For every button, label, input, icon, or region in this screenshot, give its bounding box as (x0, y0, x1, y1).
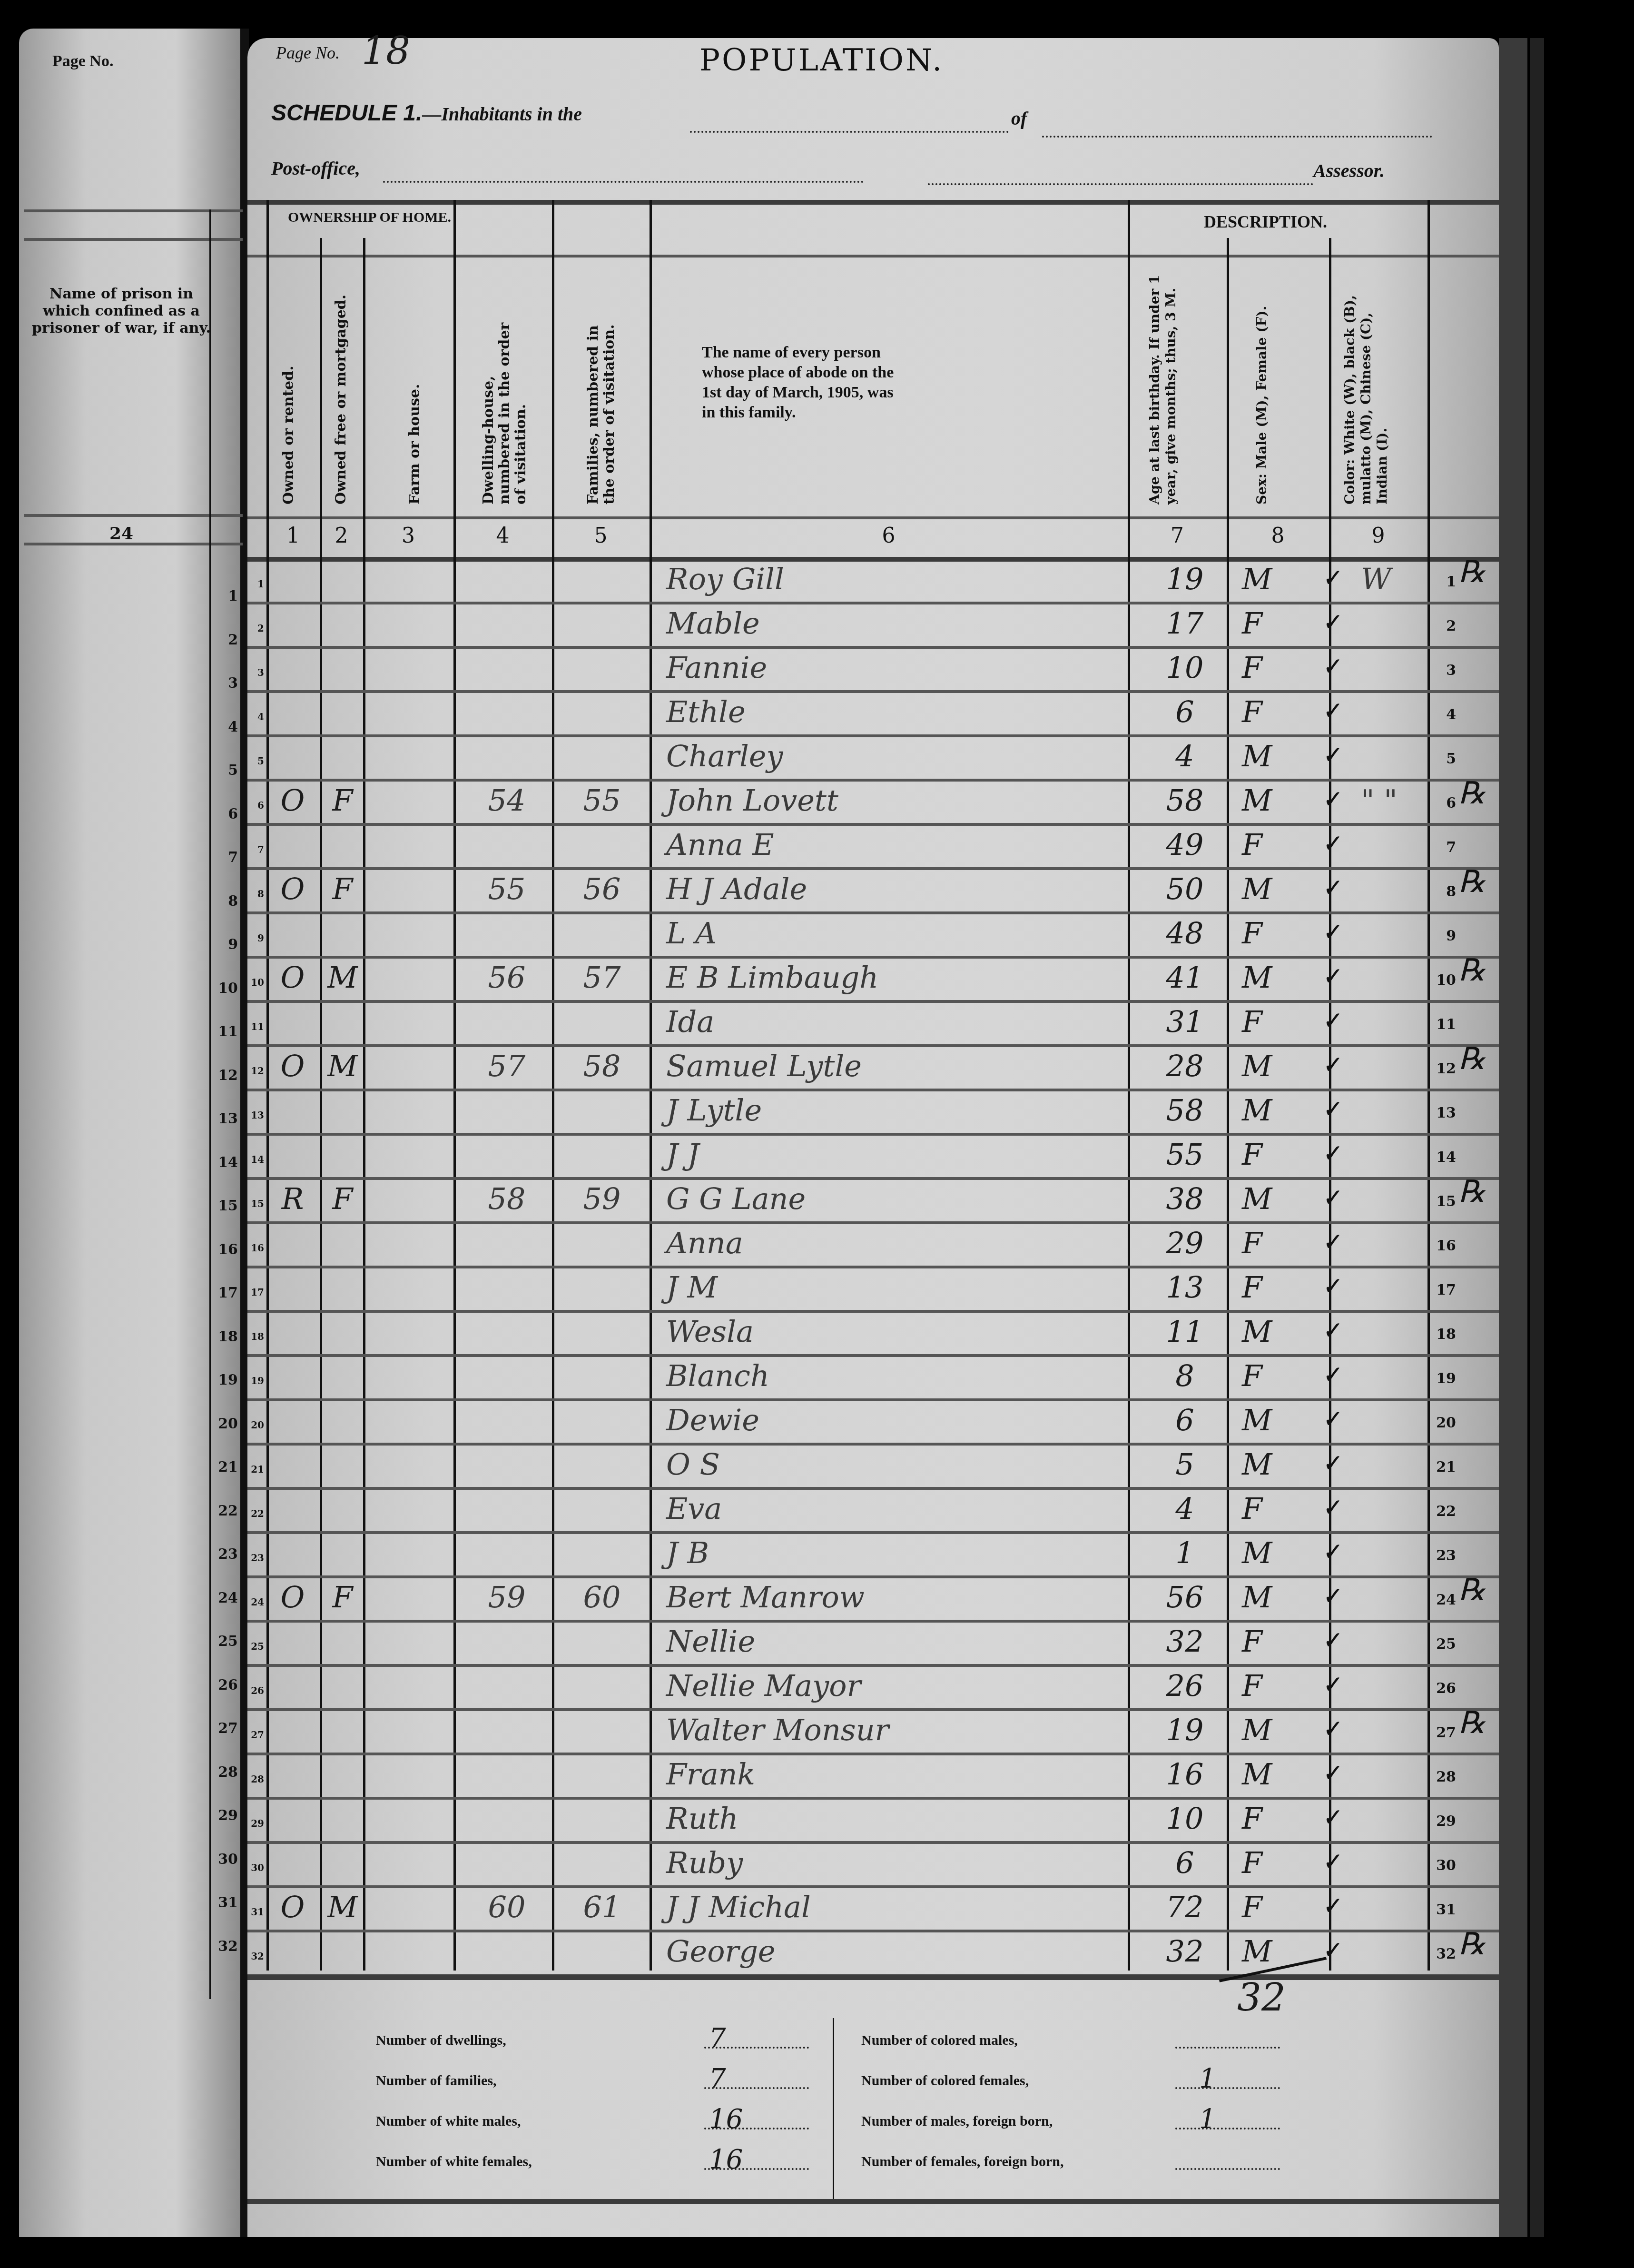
owned-rented-cell: O (269, 1049, 316, 1083)
person-name-cell: Ethle (666, 694, 1118, 729)
age-cell: 4 (1152, 1491, 1218, 1526)
sex-cell: M (1242, 1447, 1313, 1482)
check-mark-icon: ✓ (1323, 1184, 1344, 1212)
col-num-9: 9 (1329, 524, 1427, 548)
check-mark-icon: ✓ (1323, 1272, 1344, 1301)
right-line-number: 12 (1432, 1060, 1456, 1077)
summary-label: Number of white females, (376, 2154, 532, 2170)
left-row-number: 8 (214, 893, 238, 910)
check-mark-icon: ✓ (1323, 1671, 1344, 1699)
line-number: 3 (250, 667, 264, 678)
check-mark-icon: ✓ (1323, 1228, 1344, 1257)
line-number: 19 (250, 1375, 264, 1387)
person-name-cell: Ruth (666, 1801, 1118, 1836)
sex-cell: M (1242, 1757, 1313, 1792)
check-mark-icon: ✓ (1323, 1803, 1344, 1832)
page-edge (1499, 38, 1527, 2237)
age-cell: 6 (1152, 1845, 1218, 1880)
sex-cell: F (1242, 1624, 1313, 1659)
sex-cell: M (1242, 739, 1313, 773)
dwelling-number-cell: 59 (471, 1580, 542, 1614)
line-number: 7 (250, 844, 264, 855)
check-mark-icon: ✓ (1323, 564, 1344, 593)
person-name-cell: Nellie (666, 1624, 1118, 1659)
col-num-2: 2 (320, 524, 363, 548)
left-row-number: 10 (214, 980, 238, 997)
dwelling-number-cell: 58 (471, 1181, 542, 1216)
age-cell: 55 (1152, 1137, 1218, 1172)
left-row-number: 19 (214, 1372, 238, 1388)
right-line-number: 23 (1432, 1547, 1456, 1564)
age-cell: 6 (1152, 694, 1218, 729)
summary-value: 16 (709, 2144, 743, 2175)
line-number: 16 (250, 1242, 264, 1254)
left-row-number: 31 (214, 1894, 238, 1911)
margin-tally-mark-icon: ℞ (1458, 1041, 1486, 1077)
free-mortgaged-cell: F (324, 1580, 362, 1614)
age-cell: 41 (1152, 960, 1218, 995)
person-name-cell: Anna E (666, 827, 1118, 862)
sex-cell: F (1242, 1890, 1313, 1924)
left-row-number: 5 (214, 762, 238, 779)
left-row-number: 22 (214, 1503, 238, 1519)
left-row-number: 17 (214, 1285, 238, 1301)
sex-cell: F (1242, 1491, 1313, 1526)
age-cell: 4 (1152, 739, 1218, 773)
page-no-value: 18 (362, 29, 410, 73)
left-column-number: 24 (109, 524, 133, 544)
left-row-number: 2 (214, 632, 238, 648)
of-label: of (1011, 107, 1027, 129)
left-row-number: 6 (214, 806, 238, 822)
check-mark-icon: ✓ (1323, 1759, 1344, 1788)
right-line-number: 29 (1432, 1813, 1456, 1830)
free-mortgaged-cell: F (324, 1181, 362, 1216)
left-row-number: 11 (214, 1023, 238, 1040)
col-header-age: Age at last birthday. If under 1 year, g… (1147, 267, 1199, 505)
col-header-dwelling: Dwelling-house, numbered in the order of… (481, 305, 533, 505)
right-line-number: 26 (1432, 1680, 1456, 1697)
color-cell: W (1361, 562, 1418, 596)
person-name-cell: George (666, 1934, 1118, 1969)
check-mark-icon: ✓ (1323, 1626, 1344, 1655)
person-name-cell: Walter Monsur (666, 1713, 1118, 1747)
right-line-number: 15 (1432, 1193, 1456, 1210)
col-header-name: The name of every person whose place of … (702, 343, 906, 423)
right-line-number: 24 (1432, 1592, 1456, 1608)
person-name-cell: John Lovett (666, 783, 1118, 818)
right-line-number: 32 (1432, 1946, 1456, 1962)
sex-cell: M (1242, 1535, 1313, 1570)
age-cell: 58 (1152, 783, 1218, 818)
margin-tally-mark-icon: ℞ (1458, 953, 1486, 988)
family-number-cell: 60 (566, 1580, 638, 1614)
line-number: 2 (250, 623, 264, 634)
page-no-label: Page No. (276, 43, 340, 63)
summary-label: Number of females, foreign born, (861, 2154, 1064, 2170)
summary-value: 16 (709, 2104, 743, 2135)
age-cell: 19 (1152, 1713, 1218, 1747)
left-row-number: 26 (214, 1677, 238, 1694)
line-number: 10 (250, 977, 264, 988)
check-mark-icon: ✓ (1323, 1582, 1344, 1611)
line-number: 14 (250, 1154, 264, 1165)
left-row-number: 28 (214, 1764, 238, 1781)
margin-tally-mark-icon: ℞ (1458, 1174, 1486, 1209)
page-title: POPULATION. (699, 43, 944, 78)
check-mark-icon: ✓ (1323, 830, 1344, 858)
of-blank[interactable] (1042, 136, 1432, 138)
right-line-number: 18 (1432, 1326, 1456, 1343)
summary-value-field[interactable] (1175, 2087, 1280, 2089)
check-mark-icon: ✓ (1323, 1007, 1344, 1035)
age-cell: 48 (1152, 916, 1218, 951)
dwelling-number-cell: 54 (471, 783, 542, 818)
line-number: 22 (250, 1508, 264, 1519)
free-mortgaged-cell: M (324, 1890, 362, 1924)
assessor-blank[interactable] (928, 183, 1313, 185)
left-row-number: 7 (214, 849, 238, 866)
person-name-cell: Bert Manrow (666, 1580, 1118, 1614)
person-name-cell: Mable (666, 606, 1118, 641)
col-num-8: 8 (1227, 524, 1329, 548)
sex-cell: M (1242, 1580, 1313, 1614)
age-cell: 6 (1152, 1403, 1218, 1437)
sex-cell: F (1242, 694, 1313, 729)
left-row-number: 29 (214, 1807, 238, 1824)
sex-cell: F (1242, 1270, 1313, 1305)
right-line-number: 6 (1432, 795, 1456, 812)
sex-cell: M (1242, 960, 1313, 995)
age-cell: 28 (1152, 1049, 1218, 1083)
check-mark-icon: ✓ (1323, 1051, 1344, 1080)
person-name-cell: J B (666, 1535, 1118, 1570)
person-name-cell: Fannie (666, 650, 1118, 685)
col-num-3: 3 (363, 524, 453, 548)
check-mark-icon: ✓ (1323, 1405, 1344, 1434)
sex-cell: M (1242, 562, 1313, 596)
person-name-cell: O S (666, 1447, 1118, 1482)
family-number-cell: 55 (566, 783, 638, 818)
owned-rented-cell: O (269, 1580, 316, 1614)
person-name-cell: J M (666, 1270, 1118, 1305)
right-line-number: 19 (1432, 1370, 1456, 1387)
sex-cell: F (1242, 1004, 1313, 1039)
right-line-number: 11 (1432, 1016, 1456, 1033)
color-cell: " " (1361, 783, 1418, 818)
free-mortgaged-cell: F (324, 783, 362, 818)
sex-cell: M (1242, 1403, 1313, 1437)
sex-cell: M (1242, 1713, 1313, 1747)
schedule-line: SCHEDULE 1.—Inhabitants in the (271, 100, 582, 126)
sex-cell: F (1242, 1845, 1313, 1880)
right-line-number: 13 (1432, 1105, 1456, 1121)
line-number: 11 (250, 1021, 264, 1032)
right-line-number: 17 (1432, 1282, 1456, 1298)
family-number-cell: 59 (566, 1181, 638, 1216)
post-office-label: Post-office, (271, 157, 360, 179)
sex-cell: M (1242, 1314, 1313, 1349)
right-line-number: 16 (1432, 1238, 1456, 1254)
sex-cell: F (1242, 650, 1313, 685)
summary-value-field[interactable] (1175, 2047, 1280, 2049)
line-number: 12 (250, 1065, 264, 1077)
person-name-cell: G G Lane (666, 1181, 1118, 1216)
dwelling-number-cell: 56 (471, 960, 542, 995)
check-mark-icon: ✓ (1323, 1538, 1344, 1566)
right-line-number: 25 (1432, 1636, 1456, 1653)
col-num-6: 6 (650, 524, 1128, 548)
age-cell: 32 (1152, 1624, 1218, 1659)
left-row-number: 32 (214, 1938, 238, 1955)
person-name-cell: Nellie Mayor (666, 1668, 1118, 1703)
rule (247, 516, 1499, 519)
age-cell: 26 (1152, 1668, 1218, 1703)
left-row-number: 9 (214, 936, 238, 953)
sex-cell: F (1242, 916, 1313, 951)
person-name-cell: L A (666, 916, 1118, 951)
age-cell: 19 (1152, 562, 1218, 596)
check-mark-icon: ✓ (1323, 697, 1344, 725)
summary-label: Number of white males, (376, 2113, 521, 2129)
right-line-number: 20 (1432, 1415, 1456, 1431)
line-number: 20 (250, 1419, 264, 1431)
dwelling-number-cell: 55 (471, 872, 542, 906)
col-num-5: 5 (552, 524, 650, 548)
age-cell: 38 (1152, 1181, 1218, 1216)
summary-divider (833, 2018, 834, 2199)
free-mortgaged-cell: M (324, 960, 362, 995)
sex-cell: F (1242, 827, 1313, 862)
person-name-cell: Ruby (666, 1845, 1118, 1880)
col-num-4: 4 (453, 524, 552, 548)
summary-value-field[interactable] (1175, 2168, 1280, 2170)
person-name-cell: Dewie (666, 1403, 1118, 1437)
left-row-number: 4 (214, 719, 238, 735)
left-row-number: 15 (214, 1198, 238, 1214)
line-number: 8 (250, 888, 264, 900)
line-number: 1 (250, 578, 264, 590)
left-row-number: 14 (214, 1154, 238, 1171)
age-cell: 29 (1152, 1226, 1218, 1260)
col-header-sex: Sex: Male (M), Female (F). (1254, 286, 1287, 505)
schedule-text: —Inhabitants in the (422, 103, 582, 125)
left-row-number: 12 (214, 1067, 238, 1084)
owned-rented-cell: O (269, 1890, 316, 1924)
check-mark-icon: ✓ (1323, 1095, 1344, 1124)
margin-tally-mark-icon: ℞ (1458, 1927, 1486, 1962)
sex-cell: F (1242, 1137, 1313, 1172)
right-line-number: 22 (1432, 1503, 1456, 1520)
table-bottom-rule (247, 1975, 1499, 1980)
dwelling-number-cell: 60 (471, 1890, 542, 1924)
sex-cell: F (1242, 1801, 1313, 1836)
check-mark-icon: ✓ (1323, 1361, 1344, 1389)
line-number: 28 (250, 1773, 264, 1785)
check-mark-icon: ✓ (1323, 1715, 1344, 1743)
left-row-number: 21 (214, 1459, 238, 1476)
margin-tally-mark-icon: ℞ (1458, 1573, 1486, 1608)
sex-cell: M (1242, 1049, 1313, 1083)
sex-cell: M (1242, 1181, 1313, 1216)
right-line-number: 5 (1432, 751, 1456, 767)
person-name-cell: J J Michal (666, 1890, 1118, 1924)
line-number: 23 (250, 1552, 264, 1564)
col-num-1: 1 (266, 524, 320, 548)
left-row-number: 18 (214, 1328, 238, 1345)
age-cell: 49 (1152, 827, 1218, 862)
line-number: 21 (250, 1464, 264, 1475)
left-row-number: 30 (214, 1851, 238, 1868)
person-name-cell: H J Adale (666, 872, 1118, 906)
line-number: 24 (250, 1596, 264, 1608)
dwelling-number-cell: 57 (471, 1049, 542, 1083)
col-header-color: Color: White (W), black (B), mulatto (M)… (1342, 267, 1394, 505)
col-header-farm-house: Farm or house. (407, 305, 423, 505)
check-mark-icon: ✓ (1323, 1494, 1344, 1522)
right-line-number: 27 (1432, 1724, 1456, 1741)
person-name-cell: Eva (666, 1491, 1118, 1526)
check-mark-icon: ✓ (1323, 874, 1344, 902)
left-row-number: 16 (214, 1241, 238, 1258)
line-number: 32 (250, 1951, 264, 1962)
summary-label: Number of colored males, (861, 2032, 1018, 2049)
page-edge (1530, 38, 1544, 2237)
person-name-cell: Wesla (666, 1314, 1118, 1349)
person-name-cell: Charley (666, 739, 1118, 773)
line-number: 29 (250, 1818, 264, 1829)
line-number: 18 (250, 1331, 264, 1342)
person-name-cell: Frank (666, 1757, 1118, 1792)
total-count: 32 (1237, 1975, 1286, 2020)
left-row-number: 3 (214, 675, 238, 692)
person-name-cell: J J (666, 1137, 1118, 1172)
right-line-number: 9 (1432, 928, 1456, 944)
right-line-number: 14 (1432, 1149, 1456, 1166)
check-mark-icon: ✓ (1323, 1139, 1344, 1168)
left-row-number: 13 (214, 1110, 238, 1127)
left-row-number: 20 (214, 1416, 238, 1432)
age-cell: 31 (1152, 1004, 1218, 1039)
ownership-group-header: OWNERSHIP OF HOME. (288, 209, 451, 226)
summary-value-field[interactable] (1175, 2128, 1280, 2129)
summary-label: Number of dwellings, (376, 2032, 506, 2049)
person-name-cell: Roy Gill (666, 562, 1118, 596)
age-cell: 17 (1152, 606, 1218, 641)
left-row-number: 23 (214, 1546, 238, 1563)
right-line-number: 2 (1432, 618, 1456, 634)
right-line-number: 8 (1432, 883, 1456, 900)
rule (247, 255, 1499, 258)
col-header-free-mortgaged: Owned free or mortgaged. (333, 276, 349, 505)
line-number: 27 (250, 1729, 264, 1741)
age-cell: 56 (1152, 1580, 1218, 1614)
summary-value: 7 (709, 2063, 726, 2094)
line-number: 15 (250, 1198, 264, 1209)
check-mark-icon: ✓ (1323, 1936, 1344, 1965)
free-mortgaged-cell: F (324, 872, 362, 906)
check-mark-icon: ✓ (1323, 1892, 1344, 1921)
age-cell: 32 (1152, 1934, 1218, 1969)
rule (247, 2199, 1499, 2204)
line-number: 31 (250, 1906, 264, 1918)
right-line-number: 21 (1432, 1459, 1456, 1476)
post-office-blank[interactable] (383, 181, 864, 183)
schedule-label: SCHEDULE 1. (271, 100, 422, 126)
table-top-rule (247, 200, 1499, 205)
line-number: 4 (250, 711, 264, 723)
age-cell: 16 (1152, 1757, 1218, 1792)
right-line-number: 1 (1432, 574, 1456, 590)
sex-cell: M (1242, 783, 1313, 818)
owned-rented-cell: R (269, 1181, 316, 1216)
line-number: 6 (250, 800, 264, 811)
check-mark-icon: ✓ (1323, 653, 1344, 681)
free-mortgaged-cell: M (324, 1049, 362, 1083)
line-number: 9 (250, 932, 264, 944)
line-number: 5 (250, 755, 264, 767)
right-line-number: 28 (1432, 1769, 1456, 1785)
person-name-cell: J Lytle (666, 1093, 1118, 1128)
sex-cell: F (1242, 606, 1313, 641)
line-number: 25 (250, 1641, 264, 1652)
age-cell: 1 (1152, 1535, 1218, 1570)
sex-cell: M (1242, 872, 1313, 906)
age-cell: 58 (1152, 1093, 1218, 1128)
age-cell: 50 (1152, 872, 1218, 906)
col-header-families: Families, numbered in the order of visit… (585, 305, 623, 505)
inhabitants-blank[interactable] (690, 131, 1009, 133)
age-cell: 10 (1152, 1801, 1218, 1836)
left-row-number: 1 (214, 588, 238, 604)
assessor-label: Assessor. (1313, 159, 1385, 182)
sex-cell: F (1242, 1668, 1313, 1703)
family-number-cell: 57 (566, 960, 638, 995)
right-line-number: 31 (1432, 1902, 1456, 1918)
line-number: 13 (250, 1109, 264, 1121)
margin-tally-mark-icon: ℞ (1458, 776, 1486, 811)
check-mark-icon: ✓ (1323, 962, 1344, 991)
left-column-rule (209, 209, 211, 1999)
prison-column-header: Name of prison in which confined as a pr… (29, 286, 214, 337)
check-mark-icon: ✓ (1323, 608, 1344, 637)
col-num-7: 7 (1128, 524, 1227, 548)
summary-value: 7 (709, 2023, 726, 2054)
family-number-cell: 58 (566, 1049, 638, 1083)
summary-value: 1 (1199, 2104, 1216, 2135)
right-line-number: 4 (1432, 706, 1456, 723)
person-name-cell: E B Limbaugh (666, 960, 1118, 995)
summary-label: Number of families, (376, 2073, 497, 2089)
sex-cell: F (1242, 1358, 1313, 1393)
right-line-number: 10 (1432, 972, 1456, 989)
margin-tally-mark-icon: ℞ (1458, 555, 1486, 590)
sex-cell: F (1242, 1226, 1313, 1260)
person-name-cell: Anna (666, 1226, 1118, 1260)
person-name-cell: Ida (666, 1004, 1118, 1039)
left-row-number: 25 (214, 1633, 238, 1650)
person-name-cell: Samuel Lytle (666, 1049, 1118, 1083)
summary-label: Number of males, foreign born, (861, 2113, 1053, 2129)
col-header-owned-rented: Owned or rented. (281, 305, 297, 505)
age-cell: 11 (1152, 1314, 1218, 1349)
summary-label: Number of colored females, (861, 2073, 1029, 2089)
person-name-cell: Blanch (666, 1358, 1118, 1393)
check-mark-icon: ✓ (1323, 918, 1344, 947)
margin-tally-mark-icon: ℞ (1458, 1705, 1486, 1741)
age-cell: 10 (1152, 650, 1218, 685)
check-mark-icon: ✓ (1323, 741, 1344, 770)
